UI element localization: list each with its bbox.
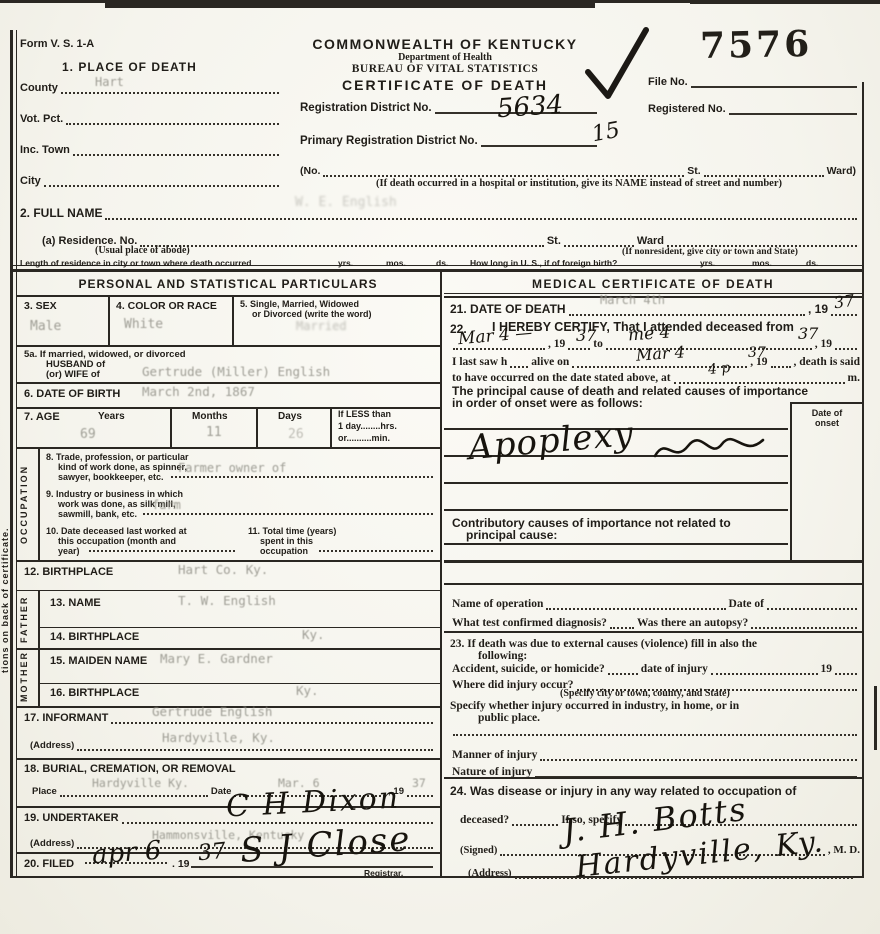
rule — [444, 583, 862, 585]
no-paren-label: (No. — [300, 165, 320, 177]
occupation-trade-value: Farmer owner of — [178, 462, 286, 474]
lastsaw-year-value: 37 — [748, 346, 766, 360]
burial-place-line — [60, 793, 208, 797]
check-mark-icon — [582, 24, 652, 102]
length-yrs: yrs. — [338, 258, 353, 268]
autopsy-line — [751, 625, 857, 629]
father-vertical-label: FATHER — [19, 592, 37, 646]
rule — [17, 345, 440, 347]
file-number-stamp: 7576 — [700, 23, 813, 67]
city-row: City — [20, 175, 282, 187]
primary-district-row: Primary Registration District No. — [300, 135, 600, 147]
accident-line — [608, 671, 638, 675]
department-line: Department of Health — [280, 52, 610, 63]
age-less-3: or..........min. — [338, 433, 390, 443]
mother-maiden-label: 15. MAIDEN NAME — [50, 655, 147, 667]
burial-year-value: 37 — [412, 778, 426, 790]
rule — [17, 295, 440, 297]
injury-industry-text-1: Specify whether injury occurred in indus… — [450, 700, 739, 712]
operation-label: Name of operation — [452, 598, 543, 610]
file-no-line — [691, 84, 857, 88]
rule — [444, 543, 788, 545]
margin-note: tions on back of certificate. — [0, 430, 12, 770]
father-birthplace-value: Ky. — [302, 629, 325, 642]
undertaker-signature: C H Dixon — [225, 783, 400, 822]
hospital-note: (If death occurred in a hospital or inst… — [296, 178, 862, 189]
rule — [17, 648, 440, 650]
external-causes-text-2: following: — [478, 650, 527, 662]
rule — [38, 648, 40, 706]
occupation-industry-value: farm — [152, 499, 181, 511]
occupation-totaltime-line — [319, 548, 433, 552]
operation-line — [546, 606, 725, 610]
rule — [38, 447, 40, 560]
certify-to-value: me 4 — [627, 325, 670, 345]
section1-title: 1. PLACE OF DEATH — [62, 60, 197, 74]
certify-year-a-value: 37 — [576, 328, 596, 344]
contributory-text-2: principal cause: — [466, 528, 557, 542]
residence-st-label: St. — [547, 235, 561, 247]
street-ward-row: (No. St. Ward) — [300, 165, 856, 177]
no-line — [323, 173, 684, 177]
rule — [862, 82, 864, 878]
occupation-lastworked-2: this occupation (month and — [58, 536, 176, 546]
date-of-death-line — [569, 312, 805, 316]
rule — [17, 590, 440, 591]
test-label: What test confirmed diagnosis? — [452, 617, 607, 629]
manner-injury-label: Manner of injury — [452, 749, 537, 761]
length-residence-label: Length of residence in city or town wher… — [20, 258, 251, 268]
mother-vertical-label: MOTHER — [19, 650, 37, 704]
autopsy-label: Was there an autopsy? — [637, 617, 748, 629]
principal-cause-text-2: in order of onset were as follows: — [452, 396, 643, 410]
occupation-totaltime-line-row — [316, 548, 436, 552]
filed-date-value: apr 6 — [91, 838, 162, 869]
mother-birthplace-label: 16. BIRTHPLACE — [50, 687, 139, 699]
ward-label: Ward) — [827, 165, 856, 177]
primary-district-label: Primary Registration District No. — [300, 135, 478, 147]
county-value: Hart — [95, 76, 124, 88]
residence-ward-label: Ward — [637, 235, 664, 247]
rule — [444, 509, 788, 511]
father-name-value: T. W. English — [178, 595, 276, 608]
rule — [10, 269, 864, 272]
marital-value: Married — [296, 320, 347, 332]
full-name-row: 2. FULL NAME — [20, 206, 860, 220]
primary-district-line — [481, 143, 597, 147]
scan-edge — [105, 0, 595, 8]
injury-industry-text-2: public place. — [478, 712, 540, 724]
length-ds: ds. — [436, 258, 448, 268]
occurred-time-value: 4 p — [707, 361, 731, 377]
age-less-2: 1 day........hrs. — [338, 421, 397, 431]
occupation-totaltime-3: occupation — [260, 546, 308, 556]
undertaker-address-label: (Address) — [30, 838, 74, 849]
age-days-value: 26 — [288, 428, 304, 441]
registered-no-label: Registered No. — [648, 103, 726, 115]
operation-date-line — [767, 606, 857, 610]
lastsaw-text-2: alive on — [531, 356, 569, 368]
rule — [40, 683, 440, 684]
physician-address-label: (Address) — [468, 868, 512, 879]
rule — [16, 30, 17, 878]
occupation-totaltime-2: spent in this — [260, 536, 313, 546]
date-of-death-year-line — [831, 312, 857, 316]
st-label: St. — [687, 165, 700, 177]
marital-label-2: or Divorced (write the word) — [252, 309, 372, 319]
informant-line — [111, 720, 433, 724]
death-certificate-scan: Form V. S. 1-A 1. PLACE OF DEATH County … — [0, 0, 880, 934]
father-name-label: 13. NAME — [50, 597, 101, 609]
abode-note: (Usual place of abode) — [95, 245, 190, 256]
certify-year-b-value: 37 — [798, 326, 818, 342]
rule — [17, 447, 440, 449]
date-of-death-label: 21. DATE OF DEATH — [450, 302, 566, 316]
operation-row: Name of operation Date of — [452, 598, 860, 610]
injury-blank-line — [453, 732, 857, 736]
occupation-lastworked-1: 10. Date deceased last worked at — [46, 526, 187, 536]
lastsaw-text-3: , death is said — [794, 356, 860, 368]
rule — [790, 402, 862, 404]
certify-19a: , 19 — [548, 338, 565, 350]
length-mos: mos. — [386, 258, 406, 268]
certify-year-b-line — [835, 346, 857, 350]
inc-town-line — [73, 152, 279, 156]
age-years-header: Years — [98, 411, 125, 422]
rule — [440, 269, 442, 878]
injury-year-line — [835, 671, 857, 675]
registered-no-row: Registered No. — [648, 103, 860, 115]
occurred-m-label: m. — [848, 372, 860, 384]
accident-row: Accident, suicide, or homicide? date of … — [452, 663, 860, 675]
test-autopsy-row: What test confirmed diagnosis? Was there… — [452, 617, 860, 629]
manner-injury-row: Manner of injury — [452, 749, 860, 761]
date-of-death-year-value: 37 — [833, 293, 855, 312]
occupation-lastworked-3: year) — [58, 546, 80, 556]
where-injury-label: Where did injury occur? — [452, 679, 574, 691]
informant-address-value: Hardyville, Ky. — [162, 732, 275, 745]
mother-birthplace-value: Ky. — [296, 685, 319, 698]
date-of-injury-label: date of injury — [641, 663, 708, 675]
injury-blank-row — [450, 732, 860, 736]
age-label: 7. AGE — [24, 411, 60, 423]
informant-label: 17. INFORMANT — [24, 712, 108, 724]
color-race-label: 4. COLOR OR RACE — [116, 300, 217, 312]
city-label: City — [20, 175, 41, 187]
deceased-line — [512, 822, 558, 826]
rule — [108, 295, 110, 345]
date-of-injury-line — [711, 671, 818, 675]
certify-year-a-line — [568, 346, 590, 350]
city-line — [44, 183, 279, 187]
lastsaw-year-line — [771, 364, 791, 368]
st-line — [704, 173, 824, 177]
county-label: County — [20, 82, 58, 94]
age-days-header: Days — [278, 411, 302, 422]
left-column-title: PERSONAL AND STATISTICAL PARTICULARS — [17, 277, 439, 291]
occupation-industry-line — [143, 511, 433, 515]
date-of-death-19: , 19 — [808, 302, 828, 316]
father-birthplace-label: 14. BIRTHPLACE — [50, 631, 139, 643]
rule — [444, 777, 862, 779]
commonwealth-title: COMMONWEALTH OF KENTUCKY — [280, 36, 610, 52]
rule — [38, 590, 40, 648]
occupation-totaltime-1: 11. Total time (years) — [248, 526, 336, 536]
occupation-industry-3: sawmill, bank, etc. — [58, 509, 137, 519]
inc-town-row: Inc. Town — [20, 144, 282, 156]
marital-label-1: 5. Single, Married, Widowed — [240, 299, 359, 309]
filed-year-value: 37 — [197, 841, 227, 866]
form-number: Form V. S. 1-A — [20, 38, 94, 50]
rule — [330, 407, 332, 447]
registration-district-label: Registration District No. — [300, 102, 432, 114]
sex-value: Male — [30, 320, 61, 333]
bureau-line: BUREAU OF VITAL STATISTICS — [280, 63, 610, 75]
sex-label: 3. SEX — [24, 300, 57, 312]
occupation-industry-line-row — [140, 511, 436, 515]
rule — [444, 482, 788, 484]
full-name-value: W. E. English — [295, 196, 397, 209]
undertaker-label: 19. UNDERTAKER — [24, 812, 119, 824]
rule — [170, 407, 172, 447]
rule — [40, 627, 440, 628]
nonresident-note: (If nonresident, give city or town and S… — [622, 247, 798, 257]
informant-address-label: (Address) — [30, 740, 74, 751]
occupation-trade-1: 8. Trade, profession, or particular — [46, 452, 189, 462]
county-row: County — [20, 82, 282, 94]
occupation-lastworked-line — [89, 548, 235, 552]
full-name-line — [105, 216, 857, 220]
filed-19-label: . 19 — [172, 858, 190, 870]
deceased-label: deceased? — [460, 814, 509, 826]
specify-city-note: (Specify city or town, county, and State… — [560, 688, 730, 699]
md-label: , M. D. — [828, 844, 860, 856]
vot-pct-row: Vot. Pct. — [20, 113, 282, 125]
right-column-title: MEDICAL CERTIFICATE OF DEATH — [442, 277, 864, 291]
rule — [17, 758, 440, 760]
residence-line — [140, 243, 543, 247]
cause-of-death-value: Apoplexy — [467, 417, 635, 465]
howlong-label: How long in U. S., if of foreign birth? — [470, 258, 617, 268]
age-years-value: 69 — [80, 428, 96, 441]
file-no-label: File No. — [648, 76, 688, 88]
burial-label: 18. BURIAL, CREMATION, OR REMOVAL — [24, 763, 236, 775]
registration-district-value: 5634 — [496, 92, 564, 123]
rule — [256, 407, 258, 447]
test-line — [610, 625, 634, 629]
injury-19-label: 19 — [821, 663, 833, 675]
burial-place-label: Place — [32, 786, 57, 797]
color-race-value: White — [124, 318, 163, 331]
spouse-label-3: (or) WIFE of — [46, 369, 100, 380]
vot-pct-line — [66, 121, 279, 125]
date-of-death-value: March 4th — [600, 294, 665, 306]
age-months-header: Months — [192, 411, 228, 422]
file-no-row: File No. — [648, 76, 860, 88]
org-header: COMMONWEALTH OF KENTUCKY Department of H… — [280, 36, 610, 93]
occupation-trade-3: sawyer, bookkeeper, etc. — [58, 472, 164, 482]
manner-injury-line — [540, 757, 857, 761]
occupation-vertical-label: OCCUPATION — [19, 452, 37, 556]
dob-value: March 2nd, 1867 — [142, 386, 255, 399]
filed-label: 20. FILED — [24, 858, 74, 870]
external-causes-text-1: 23. If death was due to external causes … — [450, 638, 757, 650]
occupation-lastworked-line-row — [86, 548, 238, 552]
age-less-1: If LESS than — [338, 409, 391, 419]
occurred-text: to have occurred on the date stated abov… — [452, 372, 671, 384]
registrar-label: Registrar. — [364, 868, 403, 878]
registrar-signature: S J Close — [239, 822, 412, 868]
howlong-yrs: yrs. — [700, 258, 715, 268]
physician-address-line — [515, 875, 853, 879]
primary-district-value: 15 — [590, 120, 621, 147]
full-name-label: 2. FULL NAME — [20, 206, 102, 220]
mother-maiden-value: Mary E. Gardner — [160, 653, 273, 666]
dob-label: 6. DATE OF BIRTH — [24, 388, 120, 400]
county-line — [61, 90, 279, 94]
rule — [444, 631, 862, 633]
registered-no-line — [729, 111, 857, 115]
occupation-trade-2: kind of work done, as spinner, — [58, 462, 187, 472]
onset-label-1: Date of — [792, 408, 862, 418]
occurred-row: to have occurred on the date stated abov… — [452, 372, 860, 384]
scan-edge — [690, 0, 880, 4]
scan-edge — [874, 686, 877, 750]
rule — [444, 560, 862, 563]
birthplace-value: Hart Co. Ky. — [178, 564, 268, 577]
howlong-mos: mos. — [752, 258, 772, 268]
vot-pct-label: Vot. Pct. — [20, 113, 63, 125]
spouse-value: Gertrude (Miller) English — [142, 366, 330, 379]
burial-place-value: Hardyville Ky. — [92, 778, 189, 790]
operation-date-label: Date of — [729, 598, 764, 610]
howlong-ds: ds. — [806, 258, 818, 268]
birthplace-label: 12. BIRTHPLACE — [24, 566, 113, 578]
accident-label: Accident, suicide, or homicide? — [452, 663, 605, 675]
inc-town-label: Inc. Town — [20, 144, 70, 156]
age-months-value: 11 — [206, 426, 222, 439]
informant-value: Gertrude English — [152, 706, 272, 719]
rule — [232, 295, 234, 345]
onset-label-2: onset — [792, 418, 862, 428]
signed-label: (Signed) — [460, 845, 497, 856]
ink-scribble-icon — [652, 432, 767, 468]
lastsaw-h-line — [510, 364, 528, 368]
burial-year-line — [407, 793, 433, 797]
informant-address-line — [77, 747, 433, 751]
lastsaw-text-1: I last saw h — [452, 356, 507, 368]
lastsaw-date-value: Mar 4 — [636, 344, 686, 363]
